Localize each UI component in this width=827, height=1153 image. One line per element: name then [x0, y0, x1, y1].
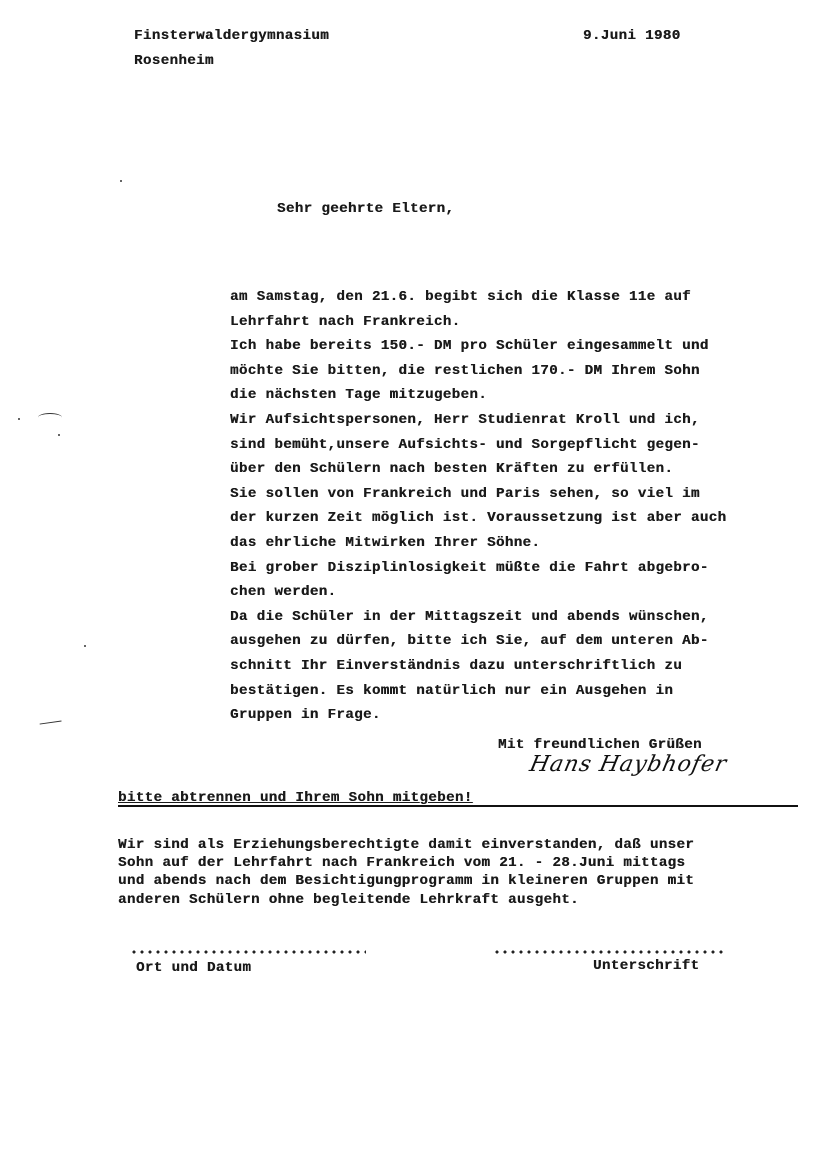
text-line: anderen Schülern ohne begleitende Lehrkr…: [118, 891, 694, 909]
text-line: sind bemüht,unsere Aufsichts- und Sorgep…: [230, 433, 726, 458]
text-line: Wir sind als Erziehungsberechtigte damit…: [118, 836, 694, 854]
text-line: Sohn auf der Lehrfahrt nach Frankreich v…: [118, 854, 694, 872]
salutation: Sehr geehrte Eltern,: [277, 197, 454, 222]
punch-hole-mark: [38, 413, 62, 422]
scan-speck: [120, 180, 122, 182]
text-line: Wir Aufsichtspersonen, Herr Studienrat K…: [230, 408, 726, 433]
sender-city: Rosenheim: [134, 49, 214, 74]
text-line: Ich habe bereits 150.- DM pro Schüler ei…: [230, 334, 726, 359]
cut-line: [118, 805, 798, 807]
tear-off-divider: bitte abtrennen und Ihrem Sohn mitgeben!: [118, 788, 798, 806]
text-line: Gruppen in Frage.: [230, 703, 726, 728]
scan-speck: [18, 418, 20, 420]
text-line: ausgehen zu dürfen, bitte ich Sie, auf d…: [230, 629, 726, 654]
text-line: Da die Schüler in der Mittagszeit und ab…: [230, 605, 726, 630]
handwritten-signature: Hans Haybhofer: [527, 752, 729, 777]
text-line: und abends nach dem Besichtigungprogramm…: [118, 872, 694, 890]
text-line: möchte Sie bitten, die restlichen 170.- …: [230, 359, 726, 384]
scan-speck: [84, 645, 86, 647]
tear-off-instruction: bitte abtrennen und Ihrem Sohn mitgeben!: [118, 790, 473, 806]
text-line: bestätigen. Es kommt natürlich nur ein A…: [230, 679, 726, 704]
text-line: das ehrliche Mitwirken Ihrer Söhne.: [230, 531, 726, 556]
text-line: der kurzen Zeit möglich ist. Voraussetzu…: [230, 506, 726, 531]
letter-date: 9.Juni 1980: [583, 24, 681, 49]
text-line: Bei grober Disziplinlosigkeit müßte die …: [230, 556, 726, 581]
scan-speck: [58, 434, 60, 436]
text-line: über den Schülern nach besten Kräften zu…: [230, 457, 726, 482]
place-date-signature-line: [130, 950, 366, 954]
punch-hole-mark: [40, 721, 63, 731]
consent-statement: Wir sind als Erziehungsberechtigte damit…: [118, 836, 694, 909]
text-line: Lehrfahrt nach Frankreich.: [230, 310, 726, 335]
letter-body: am Samstag, den 21.6. begibt sich die Kl…: [230, 285, 726, 728]
text-line: die nächsten Tage mitzugeben.: [230, 383, 726, 408]
text-line: Sie sollen von Frankreich und Paris sehe…: [230, 482, 726, 507]
sender-organization: Finsterwaldergymnasium: [134, 24, 329, 49]
text-line: chen werden.: [230, 580, 726, 605]
text-line: am Samstag, den 21.6. begibt sich die Kl…: [230, 285, 726, 310]
signature-label: Unterschrift: [593, 954, 699, 979]
place-date-label: Ort und Datum: [136, 956, 251, 981]
text-line: schnitt Ihr Einverständnis dazu untersch…: [230, 654, 726, 679]
